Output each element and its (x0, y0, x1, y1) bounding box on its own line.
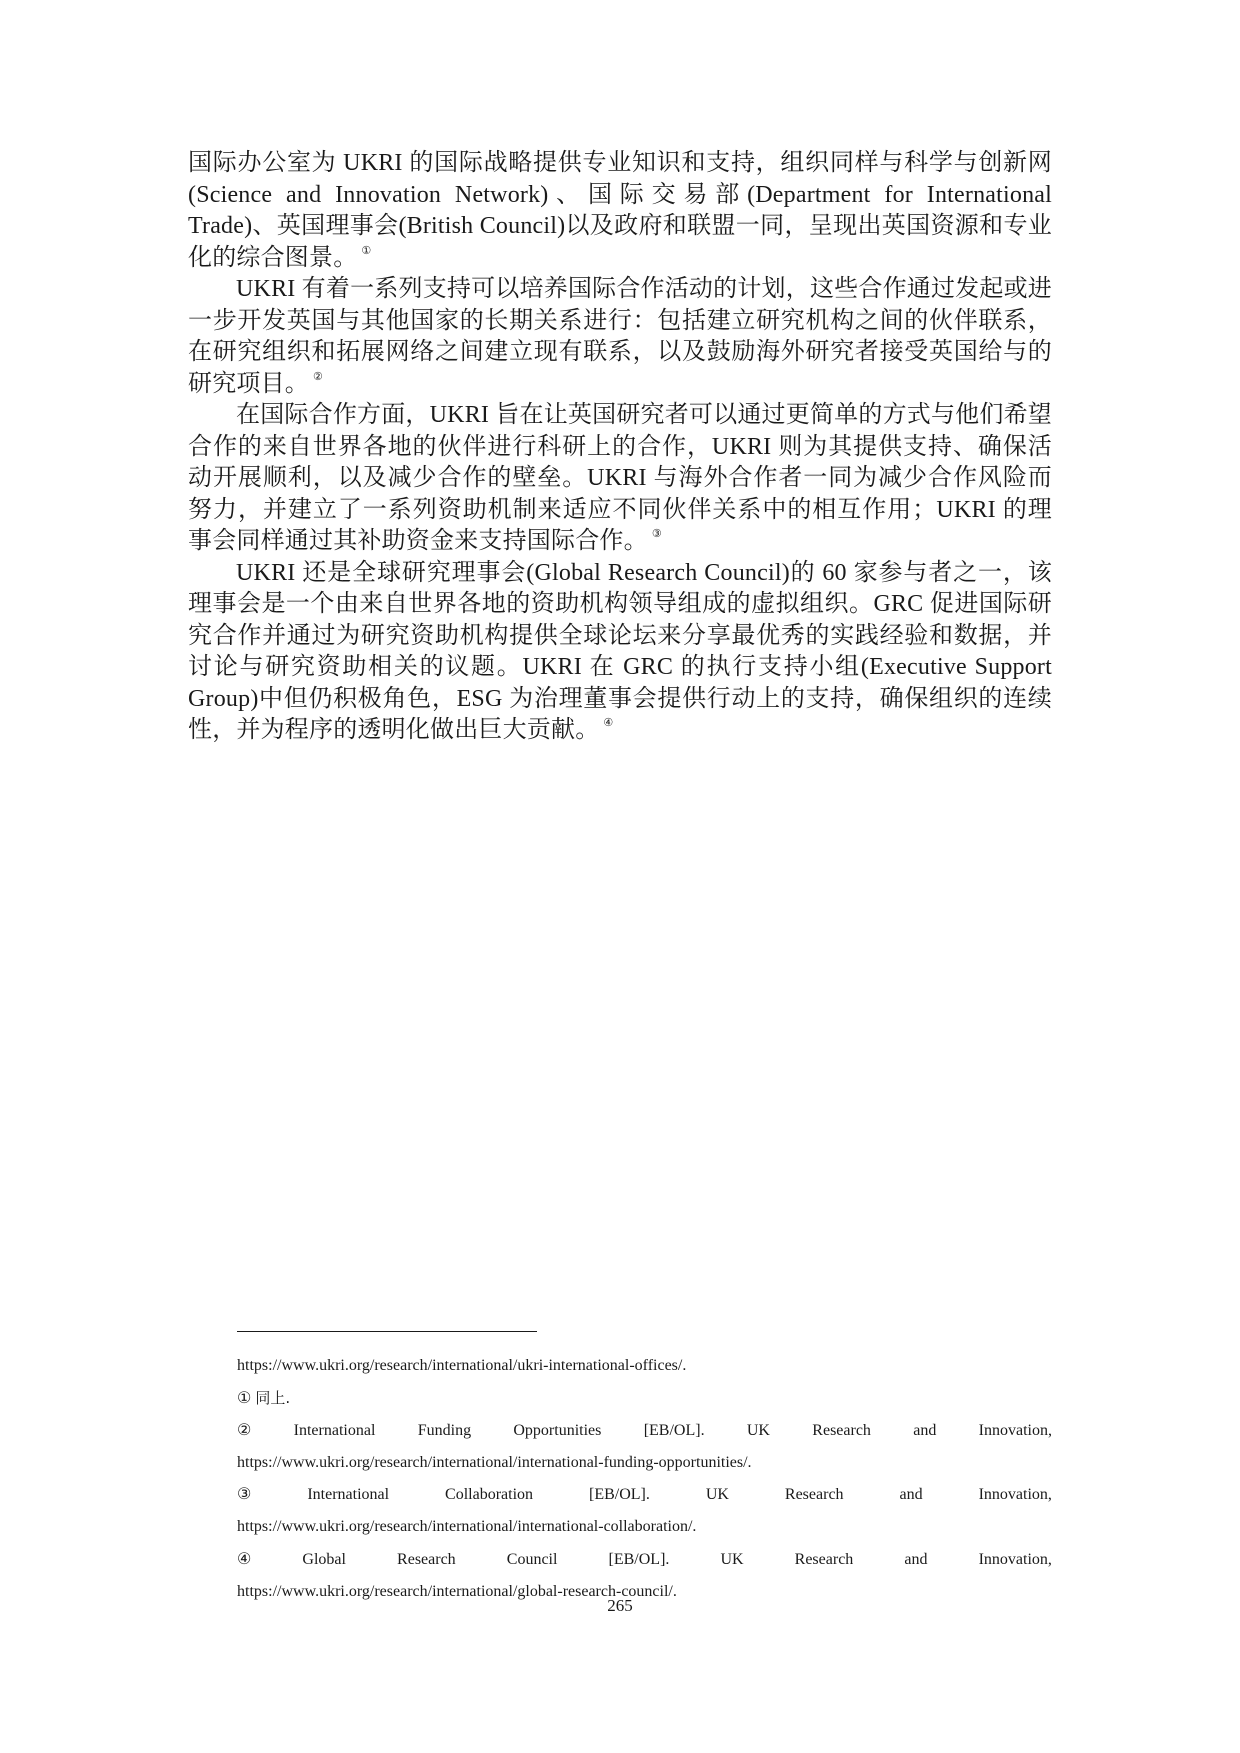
footnote-3-word: [EB/OL]. (589, 1479, 650, 1511)
footnote-2-word: International (294, 1415, 376, 1447)
footnote-1: ① 同上. (237, 1382, 1052, 1414)
footnote-4-word: UK (720, 1544, 743, 1576)
footnote-3-word: Research (785, 1479, 844, 1511)
footnote-ref-3[interactable]: ③ (652, 528, 662, 540)
footnote-2-url[interactable]: https://www.ukri.org/research/internatio… (237, 1447, 1052, 1479)
footnote-3-word: and (900, 1479, 923, 1511)
footnote-2-word: Research (812, 1415, 871, 1447)
footnote-4: ④ Global Research Council [EB/OL]. UK Re… (237, 1544, 1052, 1576)
footnote-4-marker: ④ (237, 1544, 251, 1576)
paragraph-1-text: 国际办公室为 UKRI 的国际战略提供专业知识和支持，组织同样与科学与创新网(S… (188, 150, 1052, 271)
paragraph-3: 在国际合作方面，UKRI 旨在让英国研究者可以通过更简单的方式与他们希望合作的来… (188, 400, 1052, 558)
footnote-3-word: International (307, 1479, 389, 1511)
footnote-2-word: UK (747, 1415, 770, 1447)
footnote-1-text: 同上. (255, 1389, 290, 1407)
footnote-divider (237, 1331, 537, 1332)
footnote-2: ② International Funding Opportunities [E… (237, 1415, 1052, 1447)
footnote-3-word: Collaboration (445, 1479, 533, 1511)
footnote-4-word: Research (397, 1544, 456, 1576)
page-number: 265 (0, 1596, 1240, 1616)
footnote-2-word: and (913, 1415, 936, 1447)
body-text: 国际办公室为 UKRI 的国际战略提供专业知识和支持，组织同样与科学与创新网(S… (188, 148, 1052, 747)
footnote-4-word: Research (795, 1544, 854, 1576)
footnote-continued-url[interactable]: https://www.ukri.org/research/internatio… (237, 1350, 1052, 1382)
footnote-3-word: UK (706, 1479, 729, 1511)
paragraph-4-text: UKRI 还是全球研究理事会(Global Research Council)的… (188, 560, 1052, 744)
paragraph-2: UKRI 有着一系列支持可以培养国际合作活动的计划，这些合作通过发起或进一步开发… (188, 274, 1052, 400)
footnote-ref-1[interactable]: ① (361, 245, 371, 257)
paragraph-4: UKRI 还是全球研究理事会(Global Research Council)的… (188, 558, 1052, 747)
footnote-2-marker: ② (237, 1415, 251, 1447)
footnote-4-word: Innovation, (979, 1544, 1052, 1576)
footnote-4-word: Council (507, 1544, 558, 1576)
footnote-2-word: Funding (418, 1415, 471, 1447)
footnote-4-word: and (904, 1544, 927, 1576)
footnote-4-word: [EB/OL]. (609, 1544, 670, 1576)
paragraph-1: 国际办公室为 UKRI 的国际战略提供专业知识和支持，组织同样与科学与创新网(S… (188, 148, 1052, 274)
footnote-3-word: Innovation, (979, 1479, 1052, 1511)
footnote-ref-4[interactable]: ④ (603, 717, 613, 729)
footnote-2-word: Innovation, (979, 1415, 1052, 1447)
footnote-1-marker: ① (237, 1390, 251, 1407)
footnote-3-url[interactable]: https://www.ukri.org/research/internatio… (237, 1511, 1052, 1543)
footnotes: https://www.ukri.org/research/internatio… (237, 1350, 1052, 1608)
footnote-2-word: [EB/OL]. (644, 1415, 705, 1447)
footnote-3: ③ International Collaboration [EB/OL]. U… (237, 1479, 1052, 1511)
footnote-2-word: Opportunities (513, 1415, 601, 1447)
footnote-ref-2[interactable]: ② (313, 371, 323, 383)
footnote-4-word: Global (302, 1544, 346, 1576)
paragraph-3-text: 在国际合作方面，UKRI 旨在让英国研究者可以通过更简单的方式与他们希望合作的来… (188, 402, 1052, 554)
footnote-3-marker: ③ (237, 1479, 251, 1511)
